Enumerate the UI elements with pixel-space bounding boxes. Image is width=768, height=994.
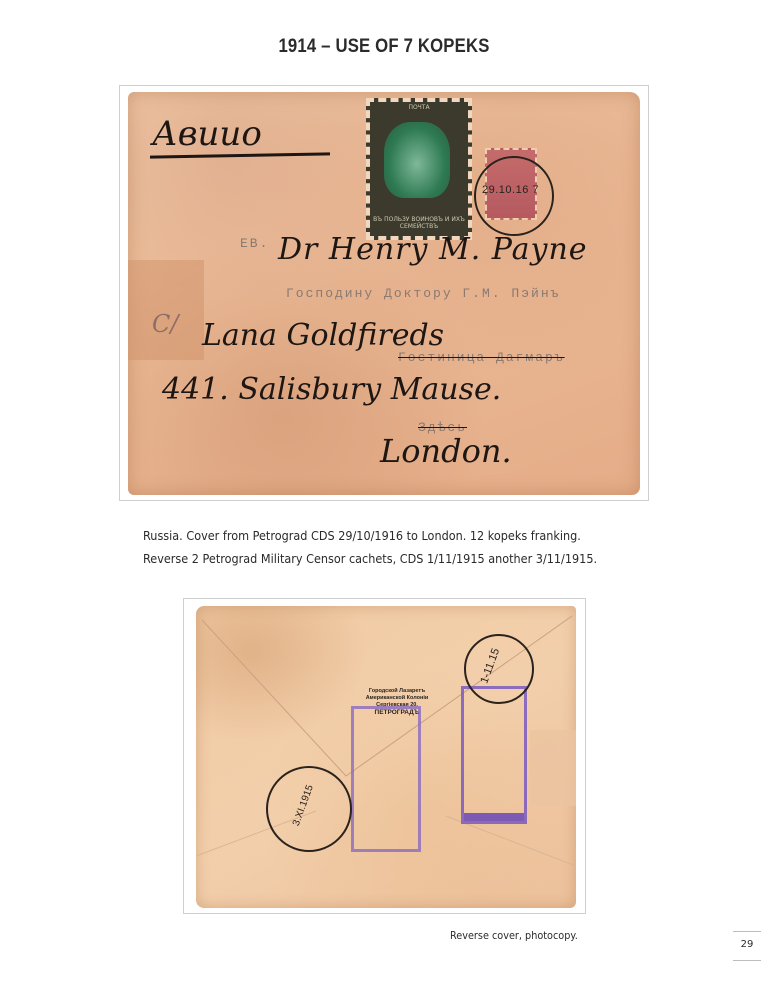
front-caption: Russia. Cover from Petrograd CDS 29/10/1… [143, 524, 597, 570]
typed-addressee: Господину Доктору Г.М. Пэйнъ [286, 286, 560, 301]
cds-postmark-2 [464, 634, 534, 704]
reverse-caption: Reverse cover, photocopy. [450, 929, 578, 942]
stamp-vignette [384, 122, 450, 198]
handwritten-city: London. [380, 432, 512, 470]
tape-remnant [530, 730, 576, 806]
handwritten-addressee: Dr Henry M. Payne [278, 232, 588, 267]
stamp-top-text: ПОЧТА [370, 104, 468, 111]
handwritten-line3: 441. Salisbury Mause. [162, 372, 501, 407]
return-address-line: Городской Лазаретъ [342, 688, 452, 695]
censor-mark: C/ [152, 310, 178, 338]
front-cover-image: C/ Авиио ПОЧТА ВЪ ПОЛЬЗУ ВОИНОВЪ И ИХЪ С… [128, 92, 640, 495]
cds-postmark [474, 156, 554, 236]
handwritten-line2: Lana Goldfireds [202, 318, 444, 353]
typed-prefix: EB. [240, 236, 269, 251]
cds-postmark-1 [266, 766, 352, 852]
page-number-rule-top [733, 931, 761, 932]
stamp-7-kopeks: ПОЧТА ВЪ ПОЛЬЗУ ВОИНОВЪ И ИХЪ СЕМЕЙСТВЪ [366, 98, 472, 240]
handwritten-route: Авиио [152, 114, 262, 154]
stamp-bottom-text: ВЪ ПОЛЬЗУ ВОИНОВЪ И ИХЪ СЕМЕЙСТВЪ [370, 216, 468, 230]
caption-line-1: Russia. Cover from Petrograd CDS 29/10/1… [143, 524, 597, 547]
page-number-rule-bottom [733, 960, 761, 961]
typed-hotel-struck: Гостиница Дагмаръ [398, 350, 565, 365]
censor-cachet-1 [351, 706, 421, 852]
page-number: 29 [733, 939, 761, 950]
cachet-base [464, 813, 524, 821]
reverse-cover-image: Городской Лазаретъ Американской Колоніи … [196, 606, 576, 908]
return-address-line: Американской Колоніи [342, 695, 452, 702]
page-title: 1914 – USE OF 7 KOPEKS [46, 36, 722, 58]
censor-cachet-2 [461, 686, 527, 824]
caption-line-2: Reverse 2 Petrograd Military Censor cach… [143, 547, 597, 570]
cds-date: 29.10.16 7 [482, 184, 539, 196]
